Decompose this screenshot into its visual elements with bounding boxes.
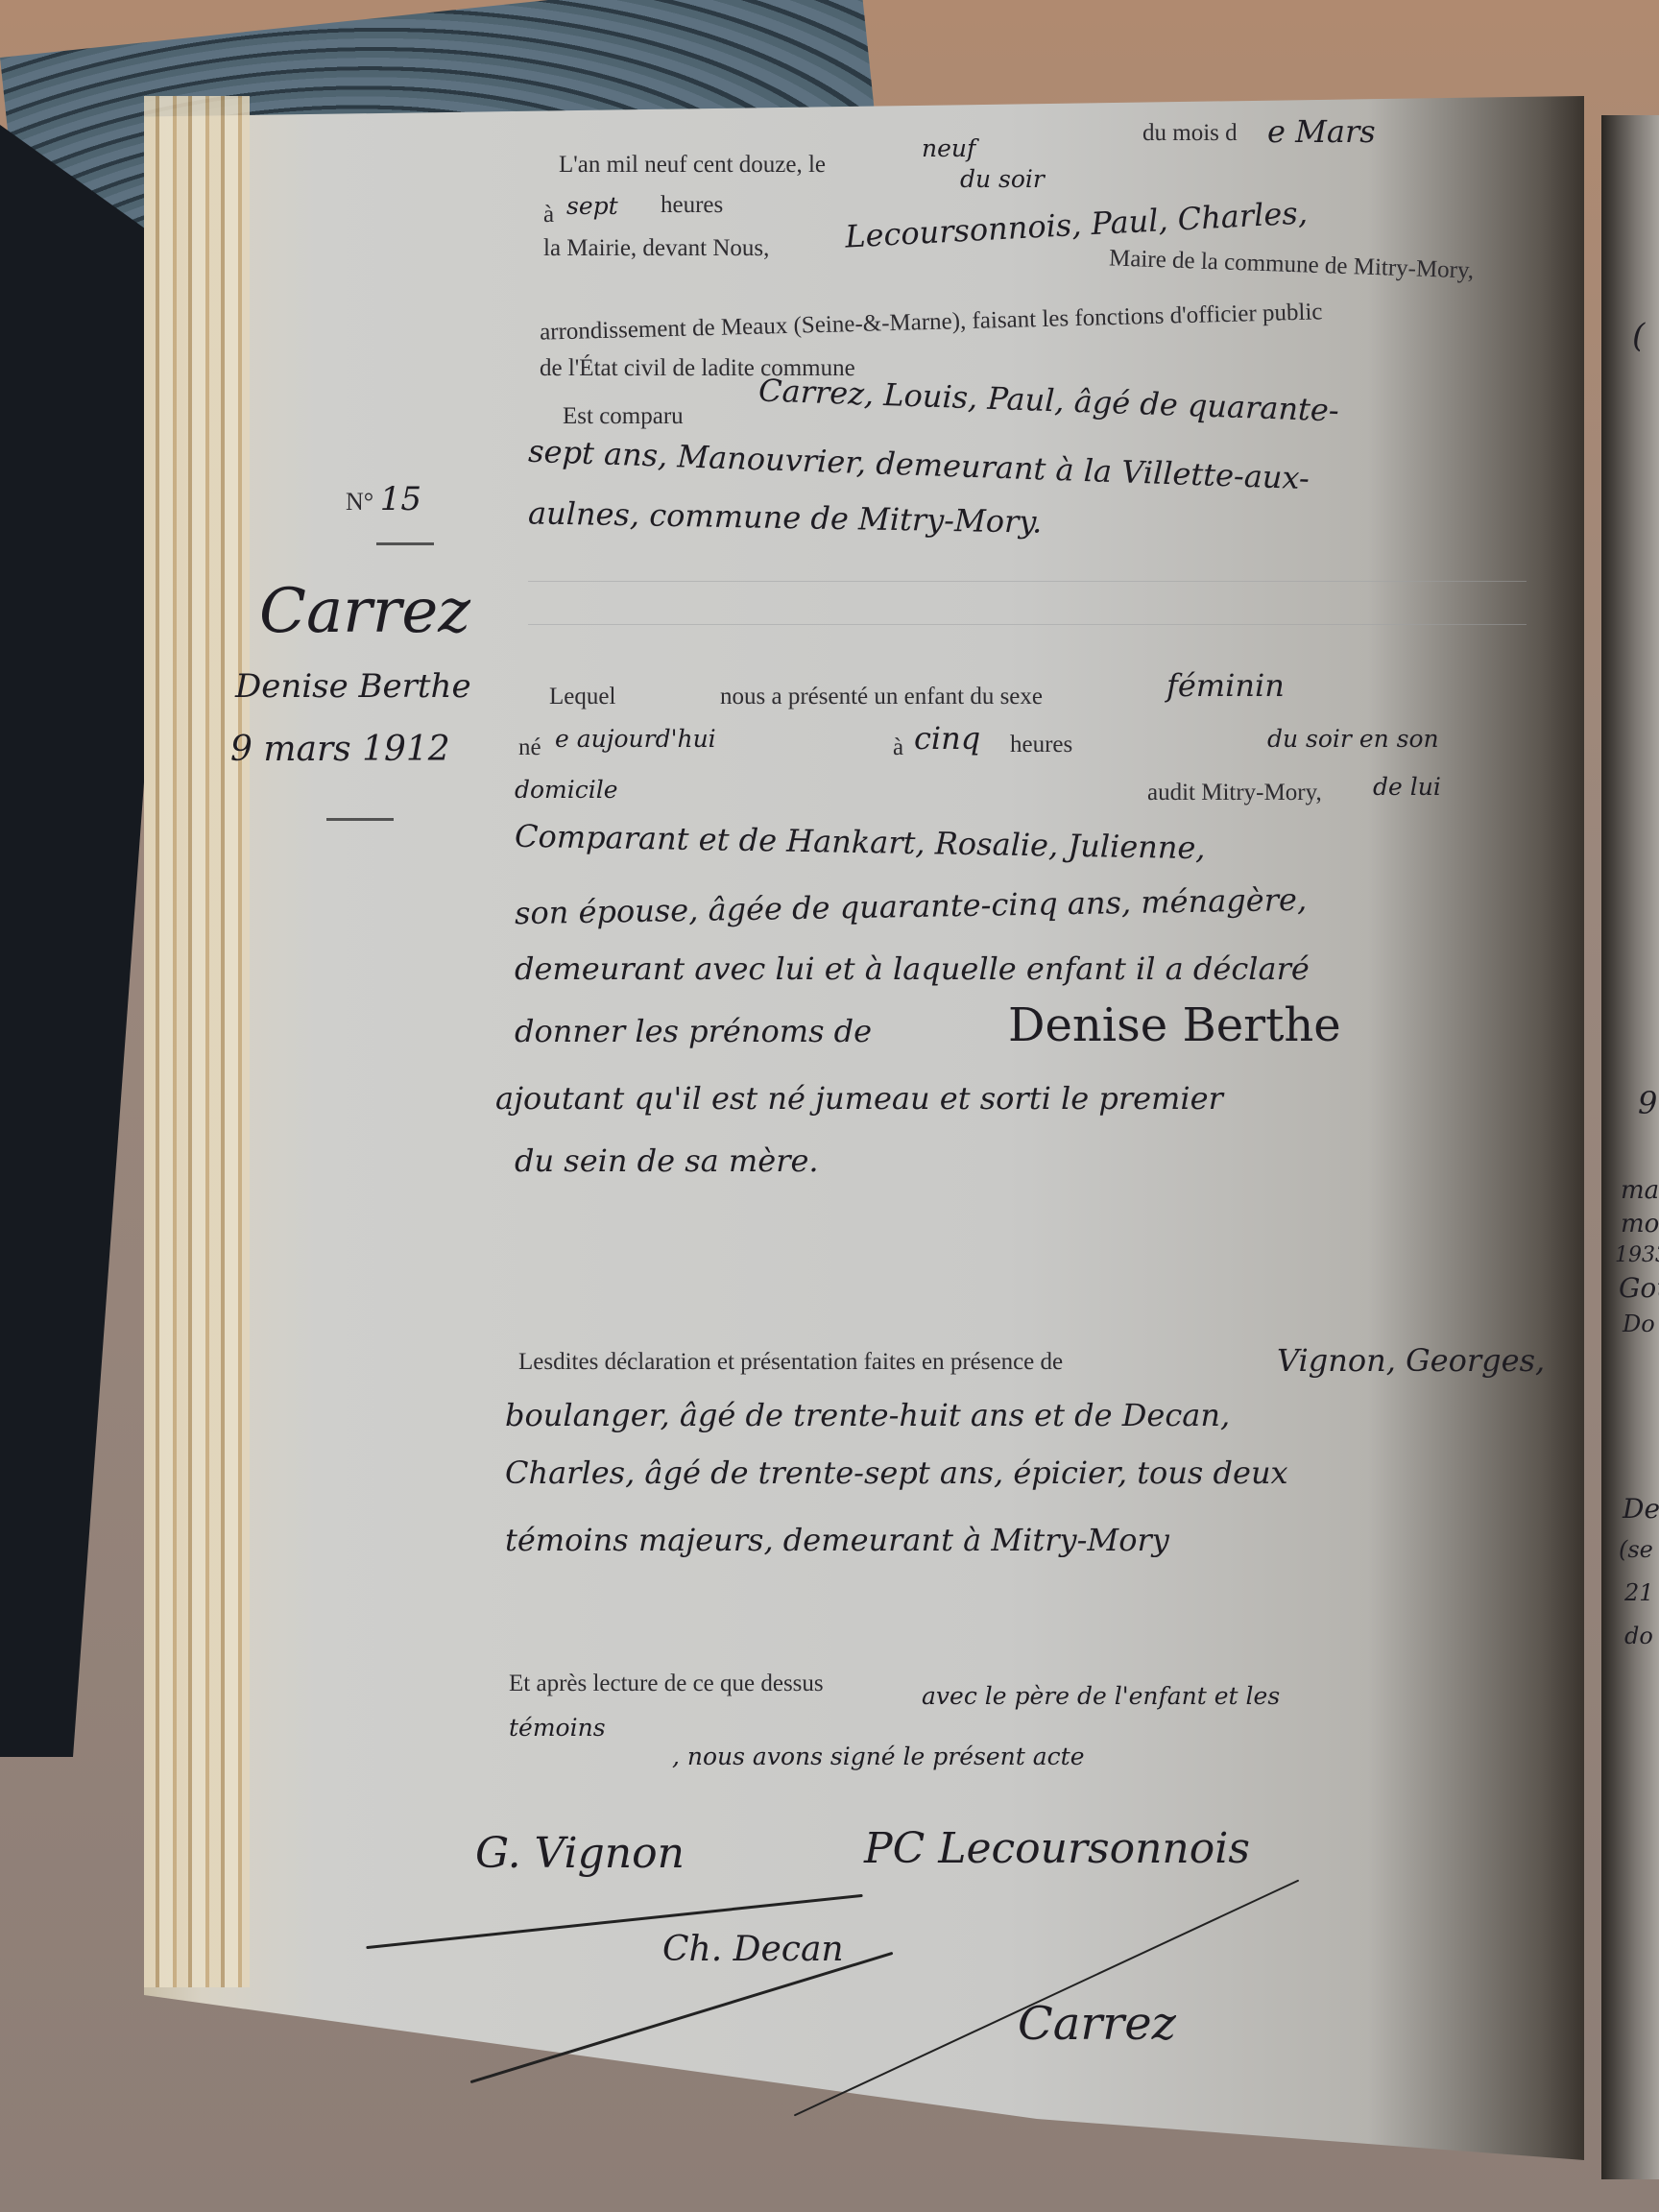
- day-handwritten: neuf: [922, 134, 975, 162]
- opening-printed: L'an mil neuf cent douze, le: [559, 152, 826, 179]
- birth-period: du soir en son: [1267, 725, 1439, 753]
- witness-line-2: boulanger, âgé de trente-huit ans et de …: [505, 1397, 1230, 1433]
- adjacent-fragment: mon: [1621, 1210, 1659, 1238]
- month-printed: du mois d: [1142, 120, 1238, 147]
- child-given-names: Denise Berthe: [1008, 998, 1341, 1052]
- number-label: N°: [346, 488, 373, 516]
- adjacent-fragment: 21: [1624, 1579, 1654, 1606]
- closing-handwritten: avec le père de l'enfant et les: [922, 1682, 1280, 1710]
- period-handwritten: du soir: [960, 165, 1045, 193]
- witness-line-3: Charles, âgé de trente-sept ans, épicier…: [505, 1455, 1288, 1491]
- sex-handwritten: féminin: [1166, 667, 1285, 704]
- hour-printed: heures: [661, 192, 723, 219]
- adjacent-fragment: (: [1632, 317, 1645, 355]
- signature-vignon: G. Vignon: [475, 1829, 685, 1878]
- ne-printed: né: [518, 734, 541, 761]
- lequel: Lequel: [549, 684, 615, 710]
- adjacent-fragment: 1933 a: [1615, 1243, 1659, 1267]
- sein-line: du sein de sa mère.: [515, 1142, 819, 1179]
- adjacent-page: [1601, 115, 1659, 2179]
- witness-1: Vignon, Georges,: [1277, 1342, 1545, 1379]
- ne-handwritten: e aujourd'hui: [555, 725, 716, 753]
- comparant-label: Est comparu: [563, 403, 684, 430]
- adjacent-fragment: ma: [1621, 1176, 1659, 1205]
- record-number: N° 15: [346, 480, 421, 518]
- heures-printed: heures: [1010, 732, 1072, 758]
- demeurant-line: demeurant avec lui et à laquelle enfant …: [515, 950, 1310, 987]
- closing-signed: , nous avons signé le présent acte: [672, 1743, 1085, 1770]
- margin-date: 9 mars 1912: [230, 730, 450, 769]
- hour-prefix: à: [543, 202, 554, 228]
- signature-mayor: PC Lecoursonnois: [864, 1824, 1250, 1873]
- ruled-line: [528, 581, 1527, 582]
- a-printed: à: [893, 734, 903, 761]
- adjacent-fragment: 9: [1638, 1085, 1657, 1121]
- closing-printed: Et après lecture de ce que dessus: [509, 1671, 824, 1697]
- month-handwritten: e Mars: [1267, 113, 1376, 150]
- margin-given-names: Denise Berthe: [235, 667, 471, 706]
- margin-surname: Carrez: [259, 576, 470, 647]
- ruled-line: [528, 624, 1527, 625]
- page-stack-edges: [144, 96, 250, 1987]
- mairie-printed: la Mairie, devant Nous,: [543, 235, 769, 262]
- birth-hour: cinq: [914, 720, 980, 757]
- presented-printed: nous a présenté un enfant du sexe: [720, 684, 1043, 710]
- adjacent-fragment: Do: [1623, 1310, 1655, 1337]
- adjacent-fragment: Gou: [1619, 1272, 1659, 1304]
- audit-printed: audit Mitry-Mory,: [1147, 780, 1322, 806]
- ajoutant-line: ajoutant qu'il est né jumeau et sorti le…: [495, 1080, 1223, 1117]
- witness-line-4: témoins majeurs, demeurant à Mitry-Mory: [505, 1522, 1169, 1558]
- adjacent-fragment: De: [1623, 1493, 1659, 1525]
- adjacent-fragment: do: [1624, 1623, 1653, 1649]
- divider: [326, 818, 394, 821]
- hour-handwritten: sept: [566, 192, 618, 220]
- audit-handwritten: de lui: [1373, 773, 1441, 801]
- signature-carrez: Carrez: [1018, 1997, 1176, 2051]
- adjacent-fragment: (se: [1619, 1536, 1653, 1563]
- closing-temoins: témoins: [509, 1714, 606, 1742]
- witnesses-printed: Lesdites déclaration et présentation fai…: [518, 1349, 1063, 1376]
- number-value: 15: [380, 480, 421, 518]
- domicile: domicile: [515, 776, 618, 804]
- divider: [376, 542, 434, 545]
- donner-line: donner les prénoms de: [515, 1013, 872, 1049]
- signature-decan: Ch. Decan: [662, 1930, 844, 1969]
